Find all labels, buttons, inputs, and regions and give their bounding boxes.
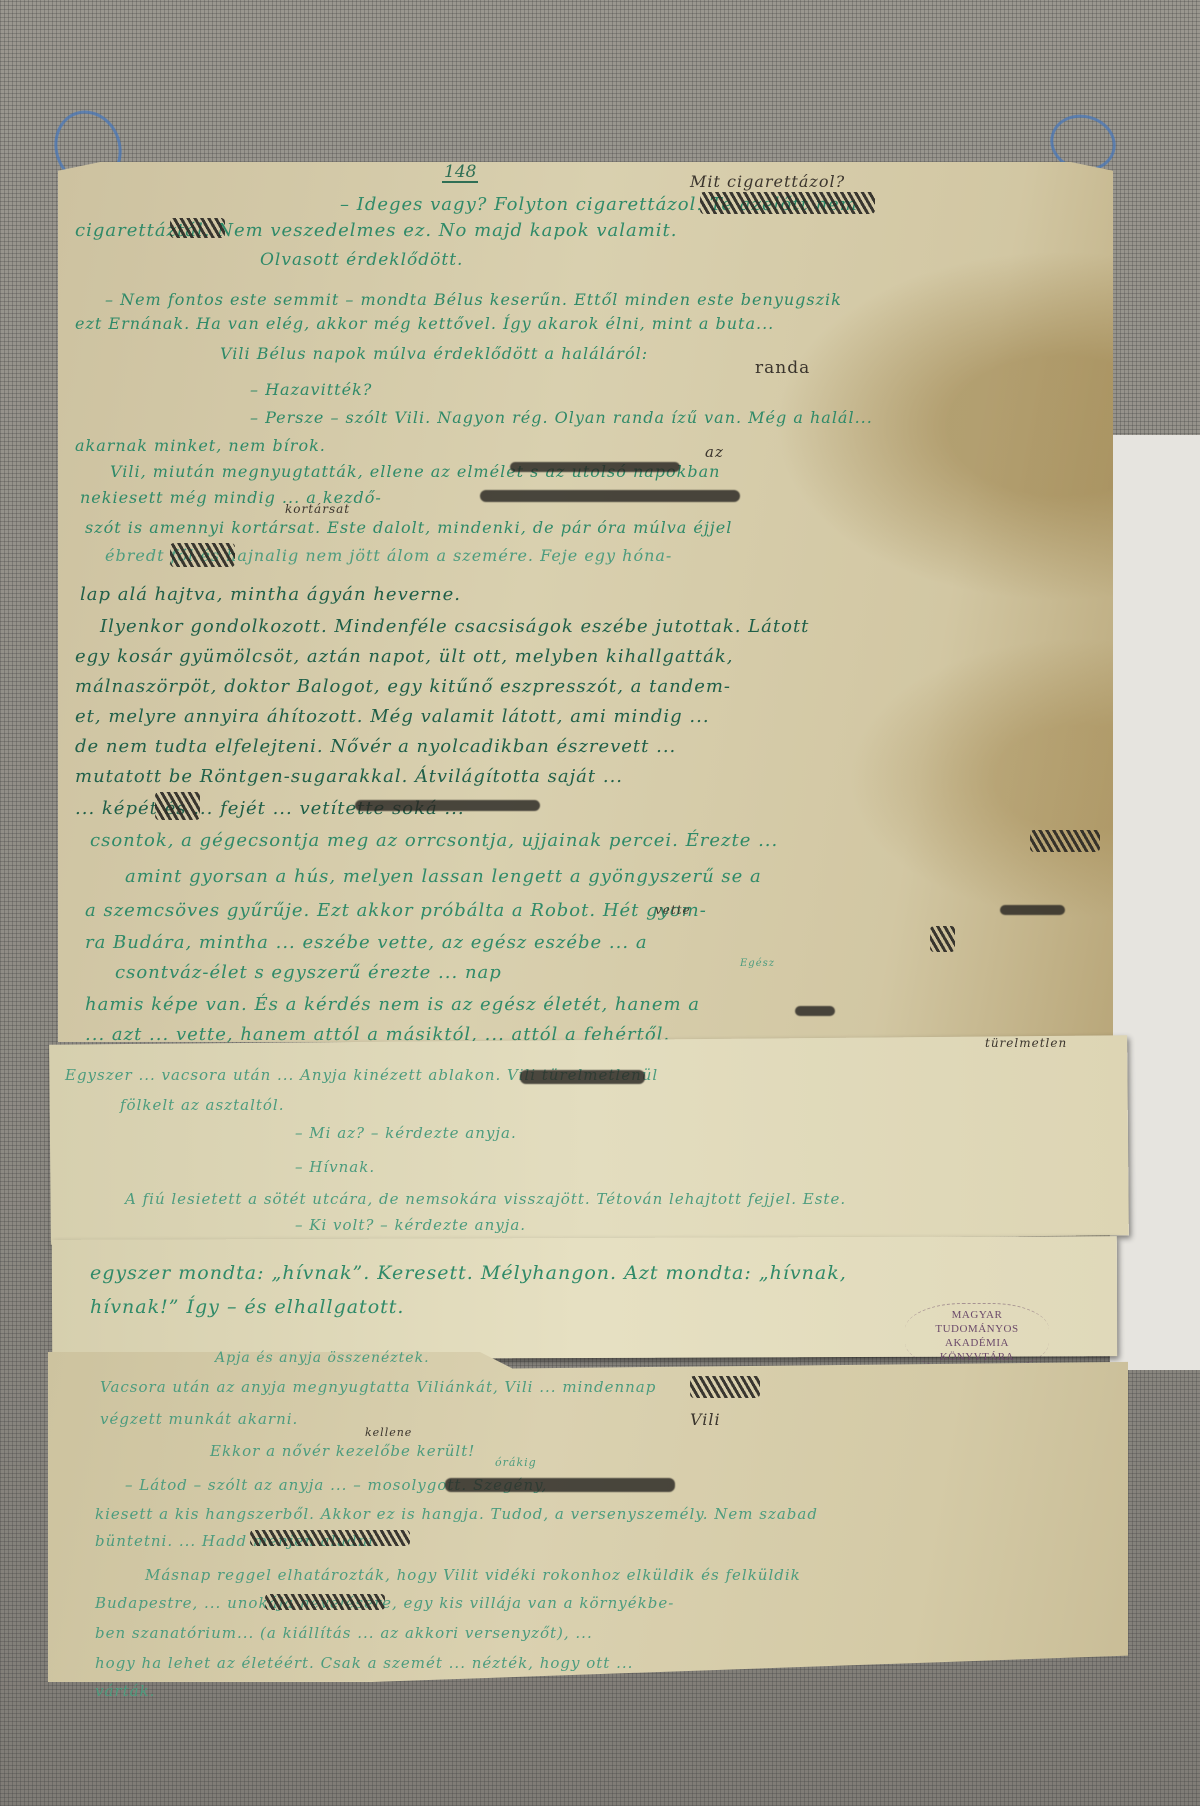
manuscript-line: cigarettáztál. Nem veszedelmes ez. No ma…: [75, 220, 678, 241]
stamp-line: TUDOMÁNYOS AKADÉMIA: [907, 1322, 1047, 1350]
manuscript-line: csontváz-élet s egyszerű érezte ... nap: [115, 962, 502, 983]
stamp-line: MAGYAR: [907, 1308, 1047, 1322]
insertion-orakig: órákig: [495, 1456, 537, 1469]
manuscript-line: Apja és anyja összenéztek.: [215, 1350, 430, 1366]
manuscript-line: a szemcsöves gyűrűje. Ezt akkor próbálta…: [85, 900, 707, 921]
insertion-turelmetlen: türelmetlen: [985, 1036, 1067, 1050]
pencil-strikeout: [1000, 905, 1065, 915]
manuscript-line: – Ki volt? – kérdezte anyja.: [295, 1216, 526, 1234]
manuscript-line: végzett munkát akarni.: [100, 1410, 298, 1428]
pencil-strikeout: [445, 1478, 675, 1492]
insertion-kortarsat: kortársat: [285, 502, 350, 516]
manuscript-line: fölkelt az asztaltól.: [120, 1096, 285, 1114]
library-stamp: MAGYAR TUDOMÁNYOS AKADÉMIA KÖNYVTÁRA: [905, 1303, 1049, 1369]
manuscript-line: lap alá hajtva, mintha ágyán heverne.: [80, 584, 461, 605]
manuscript-line: et, melyre annyira áhítozott. Még valami…: [75, 706, 710, 727]
manuscript-line: Ekkor a nővér kezelőbe került!: [210, 1442, 475, 1460]
insertion-egesz: Egész: [740, 958, 775, 969]
manuscript-line: – Persze – szólt Vili. Nagyon rég. Olyan…: [250, 408, 873, 427]
pencil-scribble: [930, 926, 955, 952]
manuscript-line: egy kosár gyümölcsöt, aztán napot, ült o…: [75, 646, 734, 667]
manuscript-line: hogy ha lehet az életéért. Csak a szemét…: [95, 1654, 633, 1672]
manuscript-line: A fiú lesietett a sötét utcára, de nemso…: [125, 1190, 846, 1208]
manuscript-line: Olvasott érdeklődött.: [260, 250, 463, 270]
manuscript-line: akarnak minket, nem bírok.: [75, 436, 326, 455]
pencil-scribble: [170, 218, 225, 238]
manuscript-line: szót is amennyi kortársat. Este dalolt, …: [85, 518, 732, 537]
pencil-strikeout: [510, 462, 680, 472]
manuscript-line: – Hazavitték?: [250, 380, 372, 399]
manuscript-line: Vacsora után az anyja megnyugtatta Viliá…: [100, 1378, 656, 1396]
insertion-randa: randa: [755, 358, 810, 378]
manuscript-line: Vili Bélus napok múlva érdeklődött a hal…: [220, 344, 648, 363]
manuscript-line: egyszer mondta: „hívnak”. Keresett. Mély…: [90, 1262, 847, 1284]
page-number: 148: [442, 163, 478, 183]
manuscript-line: várták.: [95, 1682, 155, 1700]
manuscript-line: ra Budára, mintha ... eszébe vette, az e…: [85, 932, 648, 953]
pencil-strikeout: [480, 490, 740, 502]
manuscript-line: kiesett a kis hangszerből. Akkor ez is h…: [95, 1505, 818, 1523]
stamp-line: KÖNYVTÁRA: [907, 1350, 1047, 1364]
pencil-scribble: [700, 192, 875, 214]
pencil-strikeout: [520, 1070, 645, 1084]
pencil-strikeout: [355, 800, 540, 811]
manuscript-line: de nem tudta elfelejteni. Nővér a nyolca…: [75, 736, 676, 757]
manuscript-line: hamis képe van. És a kérdés nem is az eg…: [85, 994, 700, 1015]
manuscript-line: amint gyorsan a hús, melyen lassan lenge…: [125, 866, 762, 887]
insertion-az: az: [705, 443, 724, 461]
manuscript-line: málnaszörpöt, doktor Balogot, egy kitűnő…: [75, 676, 731, 697]
pencil-scribble: [250, 1530, 410, 1546]
insertion-vette: vette: [655, 903, 691, 917]
insertion-kellene: kellene: [365, 1426, 412, 1439]
manuscript-line: csontok, a gégecsontja meg az orrcsontja…: [90, 830, 778, 851]
pencil-strikeout: [795, 1006, 835, 1016]
manuscript-line: hívnak!” Így – és elhallgatott.: [90, 1296, 404, 1318]
insertion-vili: Vili: [690, 1410, 721, 1429]
manuscript-line: Ilyenkor gondolkozott. Mindenféle csacsi…: [100, 616, 809, 637]
insertion-top: Mit cigarettázol?: [690, 172, 845, 191]
pencil-scribble: [1030, 830, 1100, 852]
manuscript-line: – Hívnak.: [295, 1158, 375, 1176]
pencil-scribble: [690, 1376, 760, 1398]
manuscript-line: ben szanatórium... (a kiállítás ... az a…: [95, 1624, 593, 1642]
pencil-scribble: [155, 792, 200, 820]
manuscript-line: ezt Ernának. Ha van elég, akkor még kett…: [75, 314, 774, 333]
manuscript-line: mutatott be Röntgen-sugarakkal. Átvilágí…: [75, 766, 623, 787]
manuscript-line: – Nem fontos este semmit – mondta Bélus …: [105, 290, 842, 309]
pencil-scribble: [265, 1594, 385, 1610]
pencil-scribble: [170, 543, 235, 567]
manuscript-line: – Mi az? – kérdezte anyja.: [295, 1124, 517, 1142]
manuscript-line: Másnap reggel elhatározták, hogy Vilit v…: [145, 1566, 801, 1584]
